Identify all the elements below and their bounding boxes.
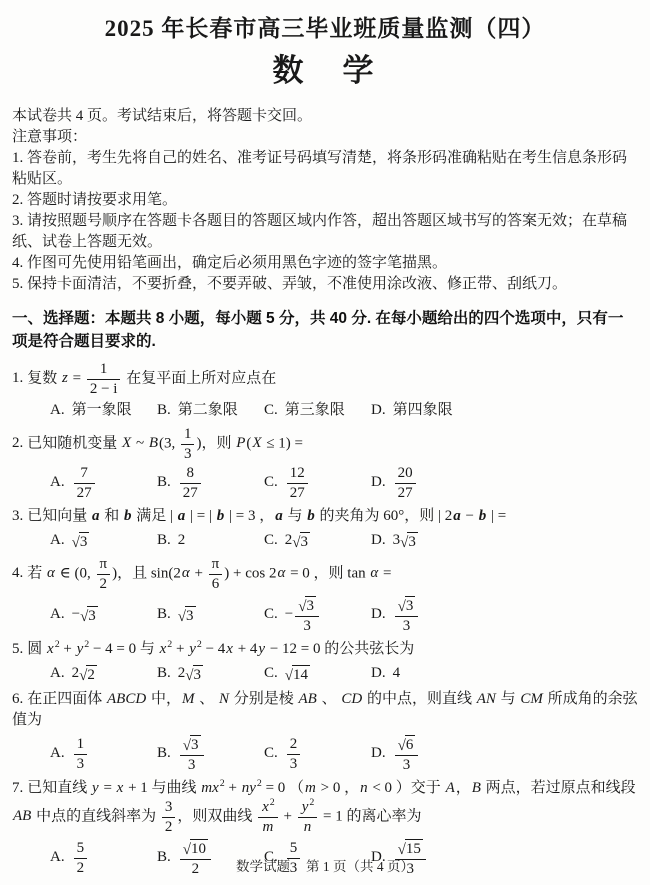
question-number: 2. bbox=[12, 435, 27, 451]
notes-heading: 注意事项： bbox=[12, 127, 638, 148]
options-row: A.−√3 B.√3 C.−√33 D.√33 bbox=[12, 595, 638, 634]
option-label: C. bbox=[264, 532, 278, 548]
option-label: A. bbox=[50, 402, 65, 418]
answer-option: A.−√3 bbox=[50, 604, 157, 625]
option-label: D. bbox=[371, 402, 386, 418]
exam-info: 本试卷共 4 页。考试结束后，将答题卡交回。 bbox=[12, 106, 638, 127]
answer-option: B.827 bbox=[157, 465, 264, 501]
option-label: A. bbox=[50, 665, 65, 681]
option-value: 第四象限 bbox=[393, 402, 453, 418]
question-stem: 3.已知向量 a 和 b 满足 | a | = | b | = 3 ，a 与 b… bbox=[12, 506, 638, 527]
option-label: B. bbox=[157, 474, 171, 490]
question-number: 3. bbox=[12, 508, 27, 524]
option-label: C. bbox=[264, 606, 278, 622]
options-row: A.第一象限 B.第二象限 C.第三象限 D.第四象限 bbox=[12, 400, 638, 421]
option-label: C. bbox=[264, 474, 278, 490]
question: 2.已知随机变量 X ~ B(3, 13)，则 P(X ≤ 1) = A.727… bbox=[12, 426, 638, 501]
question-list: 1.复数 z = 12 − i 在复平面上所对应点在 A.第一象限 B.第二象限… bbox=[12, 361, 638, 877]
option-value: 2√2 bbox=[72, 665, 97, 681]
option-value: 2 bbox=[178, 532, 186, 548]
option-value: 2√3 bbox=[178, 665, 203, 681]
answer-option: B.√33 bbox=[157, 734, 264, 773]
option-value: √63 bbox=[393, 745, 421, 761]
option-label: D. bbox=[371, 665, 386, 681]
option-value: 2027 bbox=[393, 474, 418, 490]
answer-option: D.√33 bbox=[371, 595, 638, 634]
option-value: 2√3 bbox=[285, 532, 310, 548]
answer-option: C.−√33 bbox=[264, 595, 371, 634]
option-label: D. bbox=[371, 606, 386, 622]
option-label: C. bbox=[264, 745, 278, 761]
answer-option: C.√14 bbox=[264, 663, 371, 684]
option-value: 727 bbox=[72, 474, 97, 490]
note-item: 4. 作图可先使用铅笔画出，确定后必须用黑色字迹的签字笔描黑。 bbox=[12, 253, 638, 274]
option-value: √3 bbox=[72, 532, 90, 548]
option-label: B. bbox=[157, 745, 171, 761]
question-number: 6. bbox=[12, 691, 27, 707]
answer-option: D.√63 bbox=[371, 734, 638, 773]
footer-doc-label: 数学试题 bbox=[236, 859, 290, 874]
exam-title: 2025 年长春市高三毕业班质量监测（四） bbox=[12, 14, 638, 44]
answer-option: A.第一象限 bbox=[50, 400, 157, 421]
question-stem: 4.若 α ∈ (0, π2)，且 sin(2α + π6) + cos 2α … bbox=[12, 556, 638, 592]
option-label: A. bbox=[50, 606, 65, 622]
option-value: √3 bbox=[178, 606, 196, 622]
option-value: √33 bbox=[393, 606, 421, 622]
option-value: 827 bbox=[178, 474, 203, 490]
option-label: C. bbox=[264, 402, 278, 418]
option-value: 1227 bbox=[285, 474, 310, 490]
section-heading: 一、选择题：本题共 8 小题，每小题 5 分，共 40 分. 在每小题给出的四个… bbox=[12, 307, 638, 353]
option-value: √14 bbox=[285, 665, 310, 681]
option-value: 4 bbox=[393, 665, 401, 681]
question-stem: 1.复数 z = 12 − i 在复平面上所对应点在 bbox=[12, 361, 638, 397]
option-label: B. bbox=[157, 665, 171, 681]
answer-option: C.1227 bbox=[264, 465, 371, 501]
answer-option: B.2 bbox=[157, 530, 264, 551]
footer-page-number: 第 1 页（共 4 页） bbox=[306, 859, 414, 874]
question-stem: 2.已知随机变量 X ~ B(3, 13)，则 P(X ≤ 1) = bbox=[12, 426, 638, 462]
question-number: 4. bbox=[12, 565, 27, 581]
notes-list: 1. 答卷前，考生先将自己的姓名、准考证号码填写清楚，将条形码准确粘贴在考生信息… bbox=[12, 148, 638, 295]
option-value: 13 bbox=[72, 745, 90, 761]
question: 5.圆 x2 + y2 − 4 = 0 与 x2 + y2 − 4x + 4y … bbox=[12, 639, 638, 684]
answer-option: D.4 bbox=[371, 663, 638, 684]
answer-option: C.2√3 bbox=[264, 530, 371, 551]
question-stem: 5.圆 x2 + y2 − 4 = 0 与 x2 + y2 − 4x + 4y … bbox=[12, 639, 638, 660]
answer-option: B.第二象限 bbox=[157, 400, 264, 421]
option-label: A. bbox=[50, 745, 65, 761]
answer-option: D.2027 bbox=[371, 465, 638, 501]
answer-option: A.727 bbox=[50, 465, 157, 501]
answer-option: C.23 bbox=[264, 736, 371, 772]
exam-paper-page: 2025 年长春市高三毕业班质量监测（四） 数 学 本试卷共 4 页。考试结束后… bbox=[0, 0, 650, 885]
note-item: 1. 答卷前，考生先将自己的姓名、准考证号码填写清楚，将条形码准确粘贴在考生信息… bbox=[12, 148, 638, 190]
question-number: 5. bbox=[12, 641, 27, 657]
options-row: A.2√2 B.2√3 C.√14 D.4 bbox=[12, 663, 638, 684]
options-row: A.√3 B.2 C.2√3 D.3√3 bbox=[12, 530, 638, 551]
option-value: 第一象限 bbox=[72, 402, 132, 418]
answer-option: A.√3 bbox=[50, 530, 157, 551]
note-item: 3. 请按照题号顺序在答题卡各题目的答题区域内作答，超出答题区域书写的答案无效；… bbox=[12, 211, 638, 253]
answer-option: B.2√3 bbox=[157, 663, 264, 684]
question: 6.在正四面体 ABCD 中，M 、 N 分别是棱 AB 、 CD 的中点，则直… bbox=[12, 689, 638, 773]
option-label: D. bbox=[371, 532, 386, 548]
question-stem: 6.在正四面体 ABCD 中，M 、 N 分别是棱 AB 、 CD 的中点，则直… bbox=[12, 689, 638, 731]
option-value: √33 bbox=[178, 745, 206, 761]
option-value: −√3 bbox=[72, 606, 98, 622]
option-label: A. bbox=[50, 474, 65, 490]
option-label: D. bbox=[371, 745, 386, 761]
question-stem: 7.已知直线 y = x + 1 与曲线 mx2 + ny2 = 0 （m > … bbox=[12, 778, 638, 835]
note-item: 5. 保持卡面清洁，不要折叠，不要弄破、弄皱，不准使用涂改液、修正带、刮纸刀。 bbox=[12, 274, 638, 295]
option-value: −√33 bbox=[285, 606, 321, 622]
answer-option: D.第四象限 bbox=[371, 400, 638, 421]
option-label: B. bbox=[157, 532, 171, 548]
question: 1.复数 z = 12 − i 在复平面上所对应点在 A.第一象限 B.第二象限… bbox=[12, 361, 638, 421]
question-number: 1. bbox=[12, 370, 27, 386]
question: 3.已知向量 a 和 b 满足 | a | = | b | = 3 ，a 与 b… bbox=[12, 506, 638, 551]
answer-option: B.√3 bbox=[157, 604, 264, 625]
options-row: A.13 B.√33 C.23 D.√63 bbox=[12, 734, 638, 773]
options-row: A.727 B.827 C.1227 D.2027 bbox=[12, 465, 638, 501]
option-value: 23 bbox=[285, 745, 303, 761]
page-footer: 数学试题第 1 页（共 4 页） bbox=[0, 856, 650, 877]
answer-option: D.3√3 bbox=[371, 530, 638, 551]
answer-option: A.13 bbox=[50, 736, 157, 772]
option-label: B. bbox=[157, 402, 171, 418]
option-label: A. bbox=[50, 532, 65, 548]
question: 4.若 α ∈ (0, π2)，且 sin(2α + π6) + cos 2α … bbox=[12, 556, 638, 634]
option-value: 第三象限 bbox=[285, 402, 345, 418]
option-label: B. bbox=[157, 606, 171, 622]
option-value: 第二象限 bbox=[178, 402, 238, 418]
option-label: D. bbox=[371, 474, 386, 490]
question-number: 7. bbox=[12, 780, 27, 796]
answer-option: C.第三象限 bbox=[264, 400, 371, 421]
note-item: 2. 答题时请按要求用笔。 bbox=[12, 190, 638, 211]
exam-subject: 数 学 bbox=[12, 52, 638, 90]
answer-option: A.2√2 bbox=[50, 663, 157, 684]
option-value: 3√3 bbox=[393, 532, 418, 548]
option-label: C. bbox=[264, 665, 278, 681]
